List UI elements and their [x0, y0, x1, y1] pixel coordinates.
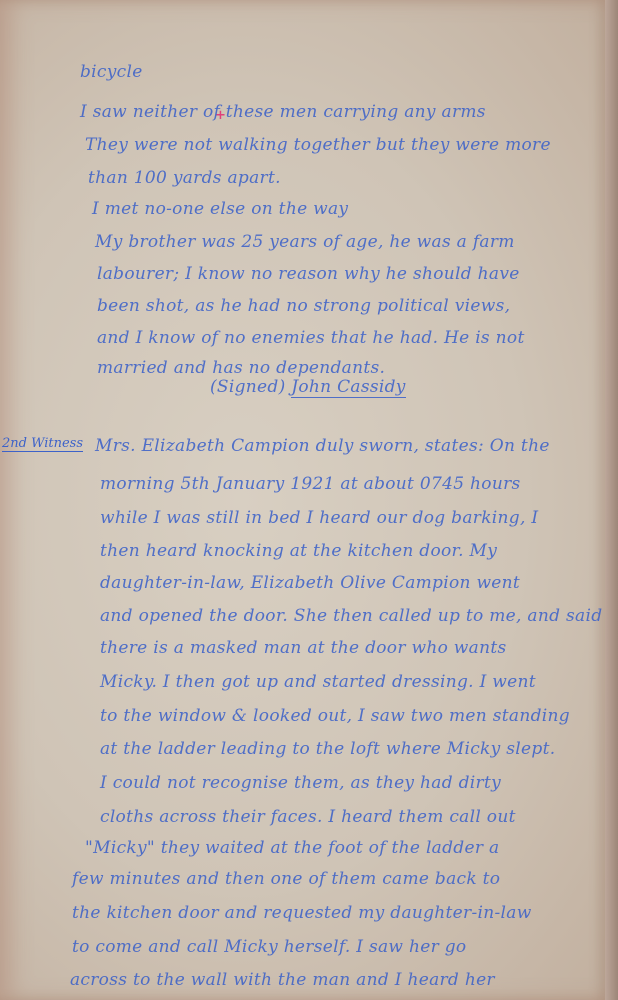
signature-name: John Cassidy [291, 377, 405, 398]
text-line: to the window & looked out, I saw two me… [100, 706, 570, 726]
text-line: daughter-in-law, Elizabeth Olive Campion… [100, 573, 520, 593]
text-line: They were not walking together but they … [85, 135, 551, 155]
document-page: + bicycle I saw neither of these men car… [0, 0, 605, 1000]
text-line: I met no-one else on the way [92, 199, 348, 219]
text-line: the kitchen door and requested my daught… [72, 903, 532, 923]
text-line: while I was still in bed I heard our dog… [100, 508, 538, 528]
text-line: "Micky" they waited at the foot of the l… [85, 838, 499, 858]
text-line: Mrs. Elizabeth Campion duly sworn, state… [95, 436, 550, 456]
signature-prefix: (Signed) [210, 377, 286, 397]
text-line: cloths across their faces. I heard them … [100, 807, 516, 827]
text-line: than 100 yards apart. [88, 168, 281, 188]
text-line: I could not recognise them, as they had … [100, 773, 501, 793]
text-line: and I know of no enemies that he had. He… [97, 328, 525, 348]
text-line: Micky. I then got up and started dressin… [100, 672, 536, 692]
text-line: I saw neither of these men carrying any … [80, 102, 486, 122]
text-line: labourer; I know no reason why he should… [97, 264, 520, 284]
text-line: bicycle [80, 62, 143, 82]
text-line: married and has no dependants. [97, 358, 385, 378]
text-line: to come and call Micky herself. I saw he… [72, 937, 466, 957]
text-line: across to the wall with the man and I he… [70, 970, 495, 990]
text-line: My brother was 25 years of age, he was a… [95, 232, 515, 252]
signature: (Signed) John Cassidy [210, 377, 406, 397]
text-line: at the ladder leading to the loft where … [100, 739, 555, 759]
text-line: morning 5th January 1921 at about 0745 h… [100, 474, 521, 494]
text-line: been shot, as he had no strong political… [97, 296, 510, 316]
text-line: then heard knocking at the kitchen door.… [100, 541, 497, 561]
page-edge [605, 0, 618, 1000]
text-line: and opened the door. She then called up … [100, 606, 602, 626]
text-line: there is a masked man at the door who wa… [100, 638, 507, 658]
text-line: few minutes and then one of them came ba… [72, 869, 500, 889]
margin-label-2nd-witness: 2nd Witness [2, 436, 83, 452]
